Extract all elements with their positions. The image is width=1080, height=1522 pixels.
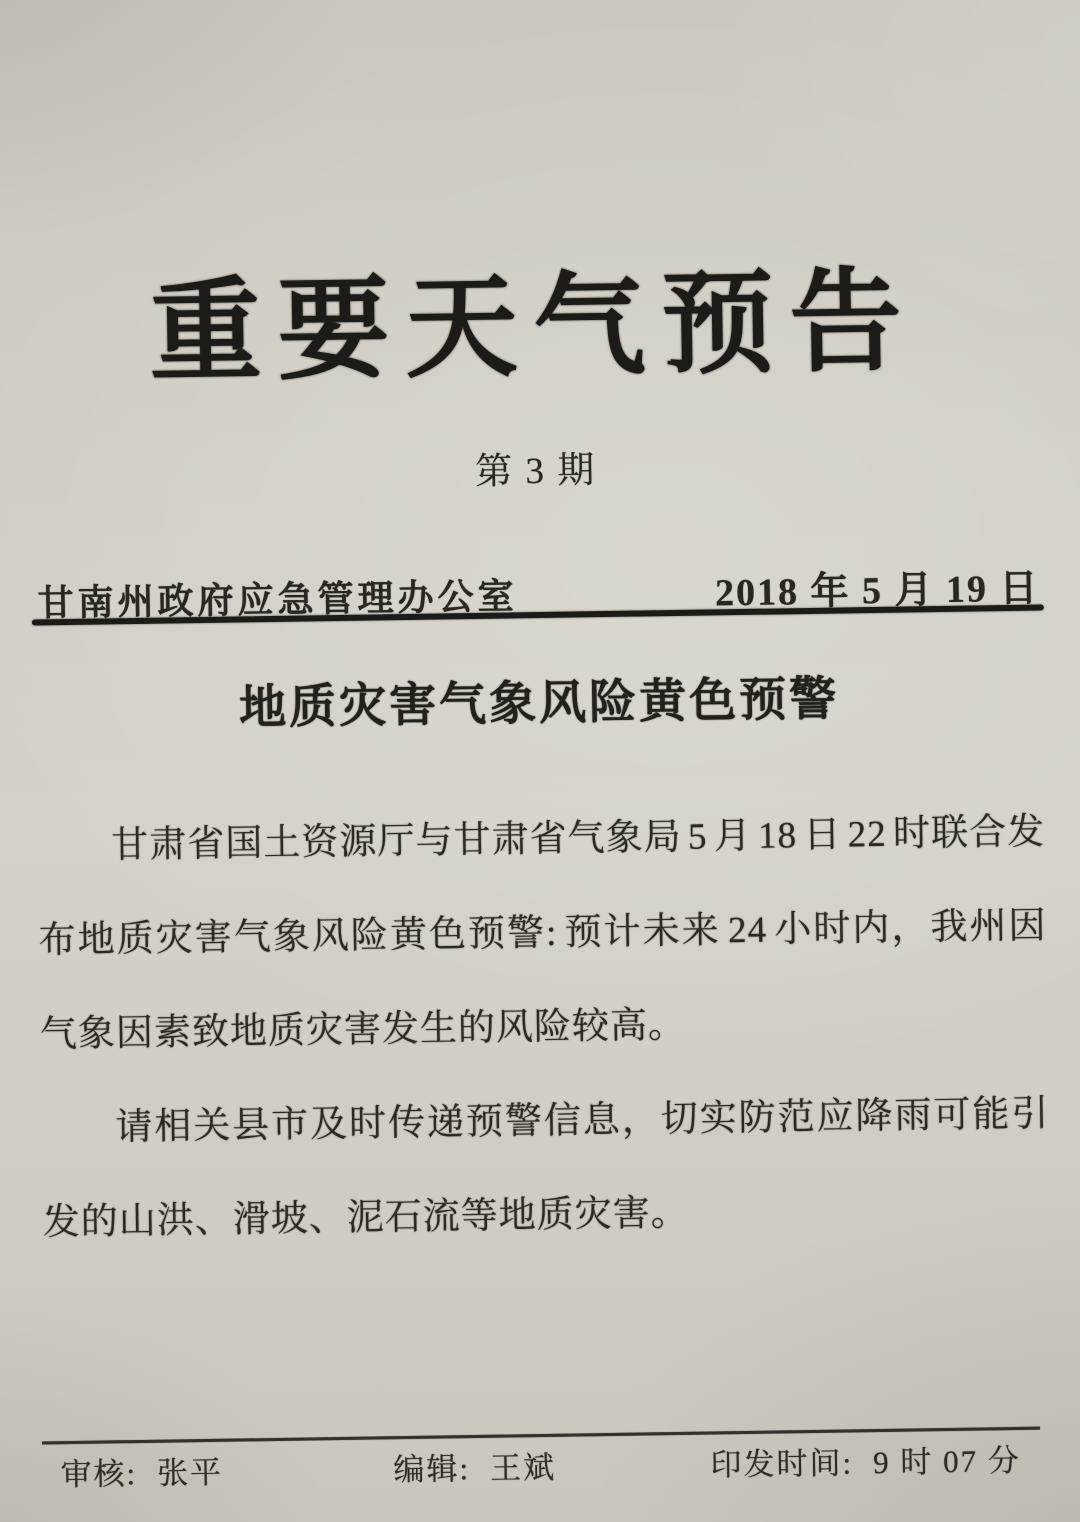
document-body: 甘肃省国土资源厅与甘肃省气象局 5 月 18 日 22 时联合发布地质灾害气象风… [37, 786, 1052, 1271]
editor-name: 王斌 [490, 1450, 557, 1486]
print-time-value: 9 时 07 分 [873, 1443, 1021, 1480]
alert-heading: 地质灾害气象风险黄色预警 [0, 667, 1079, 739]
footer-rule [42, 1427, 1040, 1445]
reviewer-name: 张平 [157, 1455, 224, 1491]
footer-reviewer: 审核:张平 [60, 1453, 223, 1495]
reviewer-label: 审核: [60, 1456, 137, 1492]
print-time-label: 印发时间: [710, 1445, 853, 1482]
issue-number: 第 3 期 [0, 440, 1076, 504]
body-paragraph: 请相关县市及时传递预警信息，切实防范应降雨可能引发的山洪、滑坡、泥石流等地质灾害… [41, 1067, 1052, 1270]
footer-print-time: 印发时间:9 时 07 分 [710, 1441, 1021, 1486]
body-paragraph: 甘肃省国土资源厅与甘肃省气象局 5 月 18 日 22 时联合发布地质灾害气象风… [37, 786, 1049, 1083]
footer-editor: 编辑:王斌 [393, 1448, 556, 1490]
document-photo: 重要天气预告 第 3 期 甘南州政府应急管理办公室 2018 年 5 月 19 … [0, 0, 1080, 1522]
footer: 审核:张平 编辑:王斌 印发时间:9 时 07 分 [10, 1440, 1080, 1516]
document-sheet: 重要天气预告 第 3 期 甘南州政府应急管理办公室 2018 年 5 月 19 … [0, 0, 1080, 1522]
document-title: 重要天气预告 [0, 250, 1075, 406]
editor-label: 编辑: [393, 1451, 470, 1487]
